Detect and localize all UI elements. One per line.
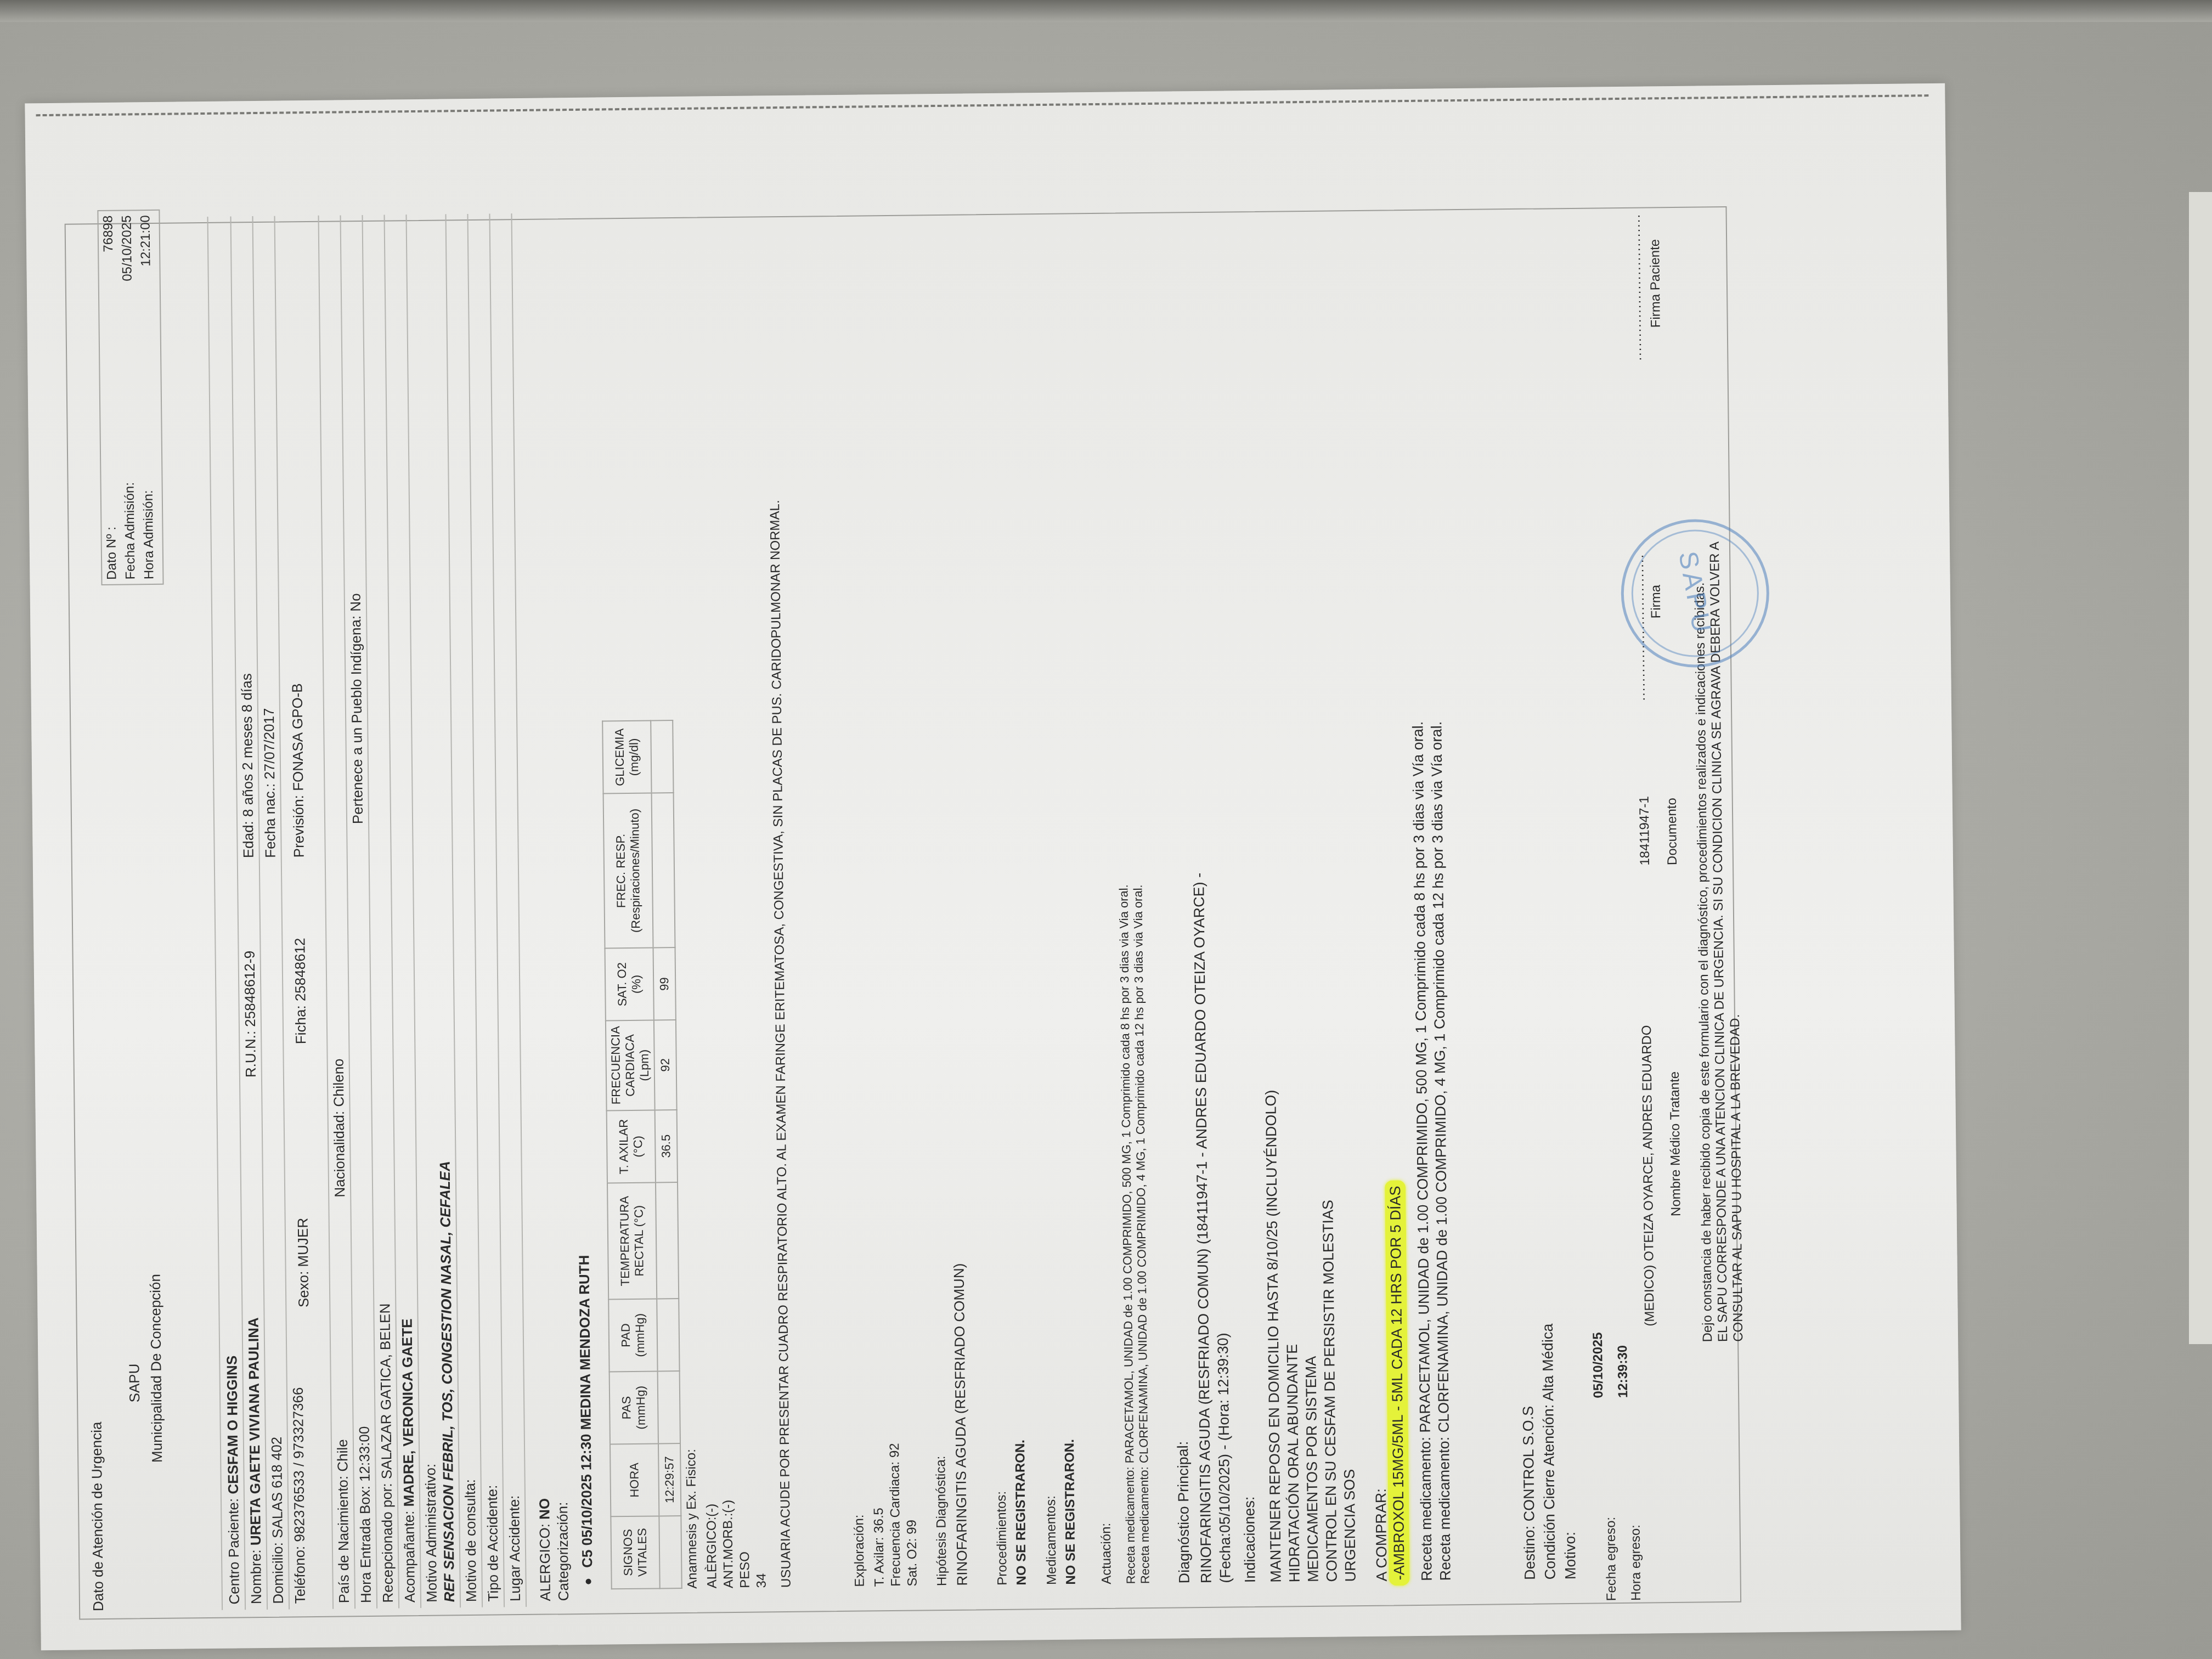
vital-cell-8 (652, 793, 675, 947)
motivo-administrativo-label: Motivo Administrativo: (422, 1464, 441, 1602)
tipo-accidente-label: Tipo de Accidente: (484, 1485, 502, 1602)
anamnesis-lines-line-1: ANT.MORB.:(-) (720, 1500, 737, 1589)
documento-caption: Documento (1664, 798, 1680, 865)
fecha-admision-label: Fecha Admisión: (122, 482, 139, 580)
vital-cell-4 (656, 1182, 679, 1299)
hipotesis-value: RINOFARINGITIS AGUDA (RESFRIADO COMUN) (951, 1263, 971, 1586)
bullet-icon (586, 1579, 591, 1584)
categorizacion-label: Categorización: (554, 1502, 572, 1601)
anamnesis-lines-line-0: ALÈRGICO:(-) (703, 1500, 721, 1589)
documento-value: 18411947-1 (1637, 796, 1653, 866)
indicaciones-label: Indicaciones: (1241, 1496, 1259, 1583)
form-header: Dato de Atención de Urgencia SAPU Munici… (76, 217, 228, 1611)
hora-admision-value: 12:21:00 (138, 215, 154, 267)
vital-cell-1: 12:29:57 (658, 1443, 681, 1516)
fecha-admision-value: 05/10/2025 (119, 215, 135, 281)
domicilio: Domicilio: SALAS 618 402 (268, 1437, 287, 1604)
vital-header-4: TEMPERATURA RECTAL (°C) (607, 1182, 657, 1299)
perforation-line (36, 94, 1929, 116)
telefono: Teléfono: 982376533 / 973327366 (290, 1384, 309, 1604)
edad: Edad: 8 años 2 meses 8 días (238, 673, 257, 858)
medicamentos-label: Medicamentos: (1043, 1496, 1060, 1585)
nacionalidad: Nacionalidad: Chileno (330, 1058, 349, 1197)
vital-header-6: FRECUENCIA CARDIACA (Lpm) (606, 1020, 655, 1111)
medico-tratante-value: (MEDICO) OTEIZA OYARCE, ANDRES EDUARDO (1639, 1025, 1658, 1326)
vital-signs-table: SIGNOS VITALESHORAPAS (mmHg)PAD (mmHg)TE… (602, 720, 682, 1589)
vital-header-3: PAD (mmHg) (608, 1299, 657, 1372)
indicaciones-lines: MANTENER REPOSO EN DOMICILIO HASTA 8/10/… (1261, 1089, 1359, 1583)
pais-nacimiento: País de Nacimiento: Chile (334, 1439, 353, 1603)
hora-egreso-value: 12:39:30 (1615, 1345, 1631, 1398)
vital-cell-9 (651, 720, 673, 793)
firma-paciente-caption: Firma Paciente (1647, 239, 1664, 328)
hipotesis-label: Hipótesis Diagnóstica: (933, 1455, 950, 1586)
anamnesis-lines-line-2: PESO (736, 1499, 754, 1588)
table-edge (0, 0, 2212, 22)
motivo-cierre-label: Motivo: (1562, 1532, 1579, 1579)
admission-box: Dato Nº : 76898 Fecha Admisión: 05/10/20… (97, 210, 163, 585)
exploracion-lines-line-2: Sat. O2: 99 (903, 1443, 921, 1587)
form-frame (65, 206, 1741, 1620)
motivo-consulta-label: Motivo de consulta: (462, 1479, 480, 1602)
fecha-nac: Fecha nac.: 27/07/2017 (261, 708, 279, 858)
firma-paciente-line: ............................... (1628, 213, 1645, 361)
destino: Destino: CONTROL S.O.S (1520, 1406, 1538, 1580)
procedimientos-label: Procedimientos: (994, 1491, 1011, 1585)
fecha-egreso-label: Fecha egreso: (1603, 1517, 1620, 1601)
condicion-cierre: Condición Cierre Atención: Alta Médica (1539, 1324, 1559, 1580)
vital-cell-3 (657, 1299, 679, 1371)
vital-header-7: SAT. O2 (%) (605, 948, 654, 1021)
diagnostico-line2: (Fecha:05/10/2025) - (Hora: 12:39:30) (1215, 1333, 1234, 1583)
categorizacion-item: C5 05/10/2025 12:30 MEDINA MENDOZA RUTH (575, 1255, 596, 1584)
fecha-egreso-value: 05/10/2025 (1590, 1332, 1606, 1398)
recepcionado-por: Recepcionado por: SALAZAR GATICA, BELEN (376, 1304, 397, 1603)
vital-header-2: PAS (mmHg) (610, 1371, 658, 1444)
form-title: Dato de Atención de Urgencia (88, 1422, 108, 1612)
hora-admision-label: Hora Admisión: (141, 490, 157, 579)
a-comprar-highlighted: -AMBROXOL 15MG/5ML - 5ML CADA 12 HRS POR… (1387, 1180, 1408, 1585)
alergico: ALERGICO: NO (536, 1498, 554, 1601)
actuacion-label: Actuación: (1099, 1523, 1115, 1584)
sexo: Sexo: MUJER (295, 1218, 313, 1308)
medico-tratante-caption: Nombre Médico Tratante (1667, 1071, 1684, 1216)
hora-egreso-label: Hora egreso: (1628, 1525, 1644, 1601)
dato-label: Dato Nº : (104, 527, 120, 580)
urgency-attention-form: Dato de Atención de Urgencia SAPU Munici… (25, 83, 1961, 1650)
anamnesis-lines: ALÈRGICO:(-)ANT.MORB.:(-)PESO34 (703, 1499, 770, 1589)
adjacent-paper (2189, 192, 2212, 1344)
org-name: SAPU (126, 1363, 143, 1402)
vital-cell-0 (659, 1516, 681, 1588)
vital-header-9: GLICEMIA (mg/dl) (602, 721, 651, 794)
vital-cell-6: 92 (654, 1020, 677, 1110)
procedimientos-value: NO SE REGISTRARON. (1013, 1440, 1030, 1585)
anamnesis-label: Anamnesis y Ex. Fisico: (684, 1449, 701, 1589)
pueblo-indigena: Pertenece a un Pueblo Indígena: No (347, 593, 366, 824)
lugar-accidente-label: Lugar Accidente: (506, 1495, 524, 1601)
prevision: Previsión: FONASA GPO-B (289, 683, 307, 857)
diagnostico-label: Diagnóstico Principal: (1175, 1441, 1193, 1584)
exploracion-label: Exploración: (851, 1514, 867, 1587)
vital-cell-7: 99 (653, 947, 676, 1020)
vital-cell-2 (658, 1371, 680, 1443)
exploracion-lines-line-1: Frecuencia Cardiaca: 92 (887, 1443, 905, 1587)
ficha: Ficha: 25848612 (291, 938, 309, 1044)
run: R.U.N.: 25848612-9 (241, 951, 259, 1078)
vital-cell-5: 36.5 (655, 1110, 678, 1182)
dato-value: 76898 (100, 216, 116, 252)
medicamentos-value: NO SE REGISTRARON. (1062, 1439, 1079, 1585)
exploracion-lines-line-0: T. Axilar: 36.5 (870, 1443, 888, 1587)
nombre: Nombre: URETA GAETE VIVIANA PAULINA (245, 1317, 265, 1604)
vital-header-5: T. AXILAR (°C) (607, 1110, 656, 1183)
vital-header-8: FREC. RESP. (Respiraciones/Minuto) (603, 793, 653, 949)
hora-entrada-box: Hora Entrada Box: 12:33:00 (356, 1426, 375, 1604)
vital-header-1: HORA (610, 1443, 659, 1516)
acompanante: Acompañante: MADRE, VERONICA GAETE (399, 1318, 419, 1602)
exploracion-lines: T. Axilar: 36.5Frecuencia Cardiaca: 92Sa… (870, 1443, 921, 1587)
vital-header-0: SIGNOS VITALES (611, 1516, 659, 1589)
centro-paciente: Centro Paciente: CESFAM O HIGGINS (223, 1356, 243, 1605)
anamnesis-lines-line-3: 34 (753, 1499, 770, 1588)
municipality-name: Municipalidad De Concepción (147, 1274, 166, 1463)
